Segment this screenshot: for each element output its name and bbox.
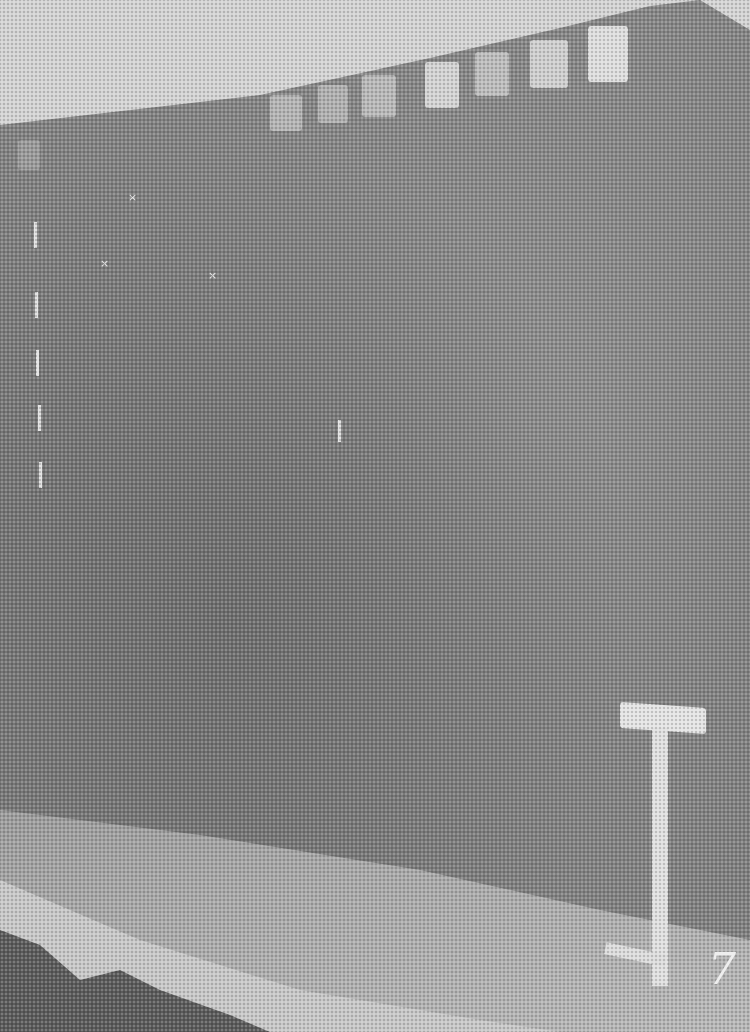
wall-opening [18, 140, 40, 170]
cross-mark-icon: × [100, 258, 109, 269]
wall-opening [475, 52, 509, 96]
photograph: × × × 7 [0, 0, 750, 1032]
wall-mark [34, 222, 37, 248]
marker-post-shaft [652, 728, 668, 986]
wall-opening [270, 95, 302, 131]
wall-mark [35, 292, 38, 318]
wall-mark [36, 350, 39, 376]
wall-opening [530, 40, 568, 88]
wall-opening [362, 75, 396, 117]
wall-opening [318, 85, 348, 123]
wall-mark [38, 405, 41, 431]
wall-mark [338, 420, 341, 442]
wall-mark [39, 462, 42, 488]
figure-number: 7 [708, 948, 736, 992]
cross-mark-icon: × [128, 192, 137, 203]
wall-opening [425, 62, 459, 108]
wall-opening [588, 26, 628, 82]
cross-mark-icon: × [208, 270, 217, 281]
